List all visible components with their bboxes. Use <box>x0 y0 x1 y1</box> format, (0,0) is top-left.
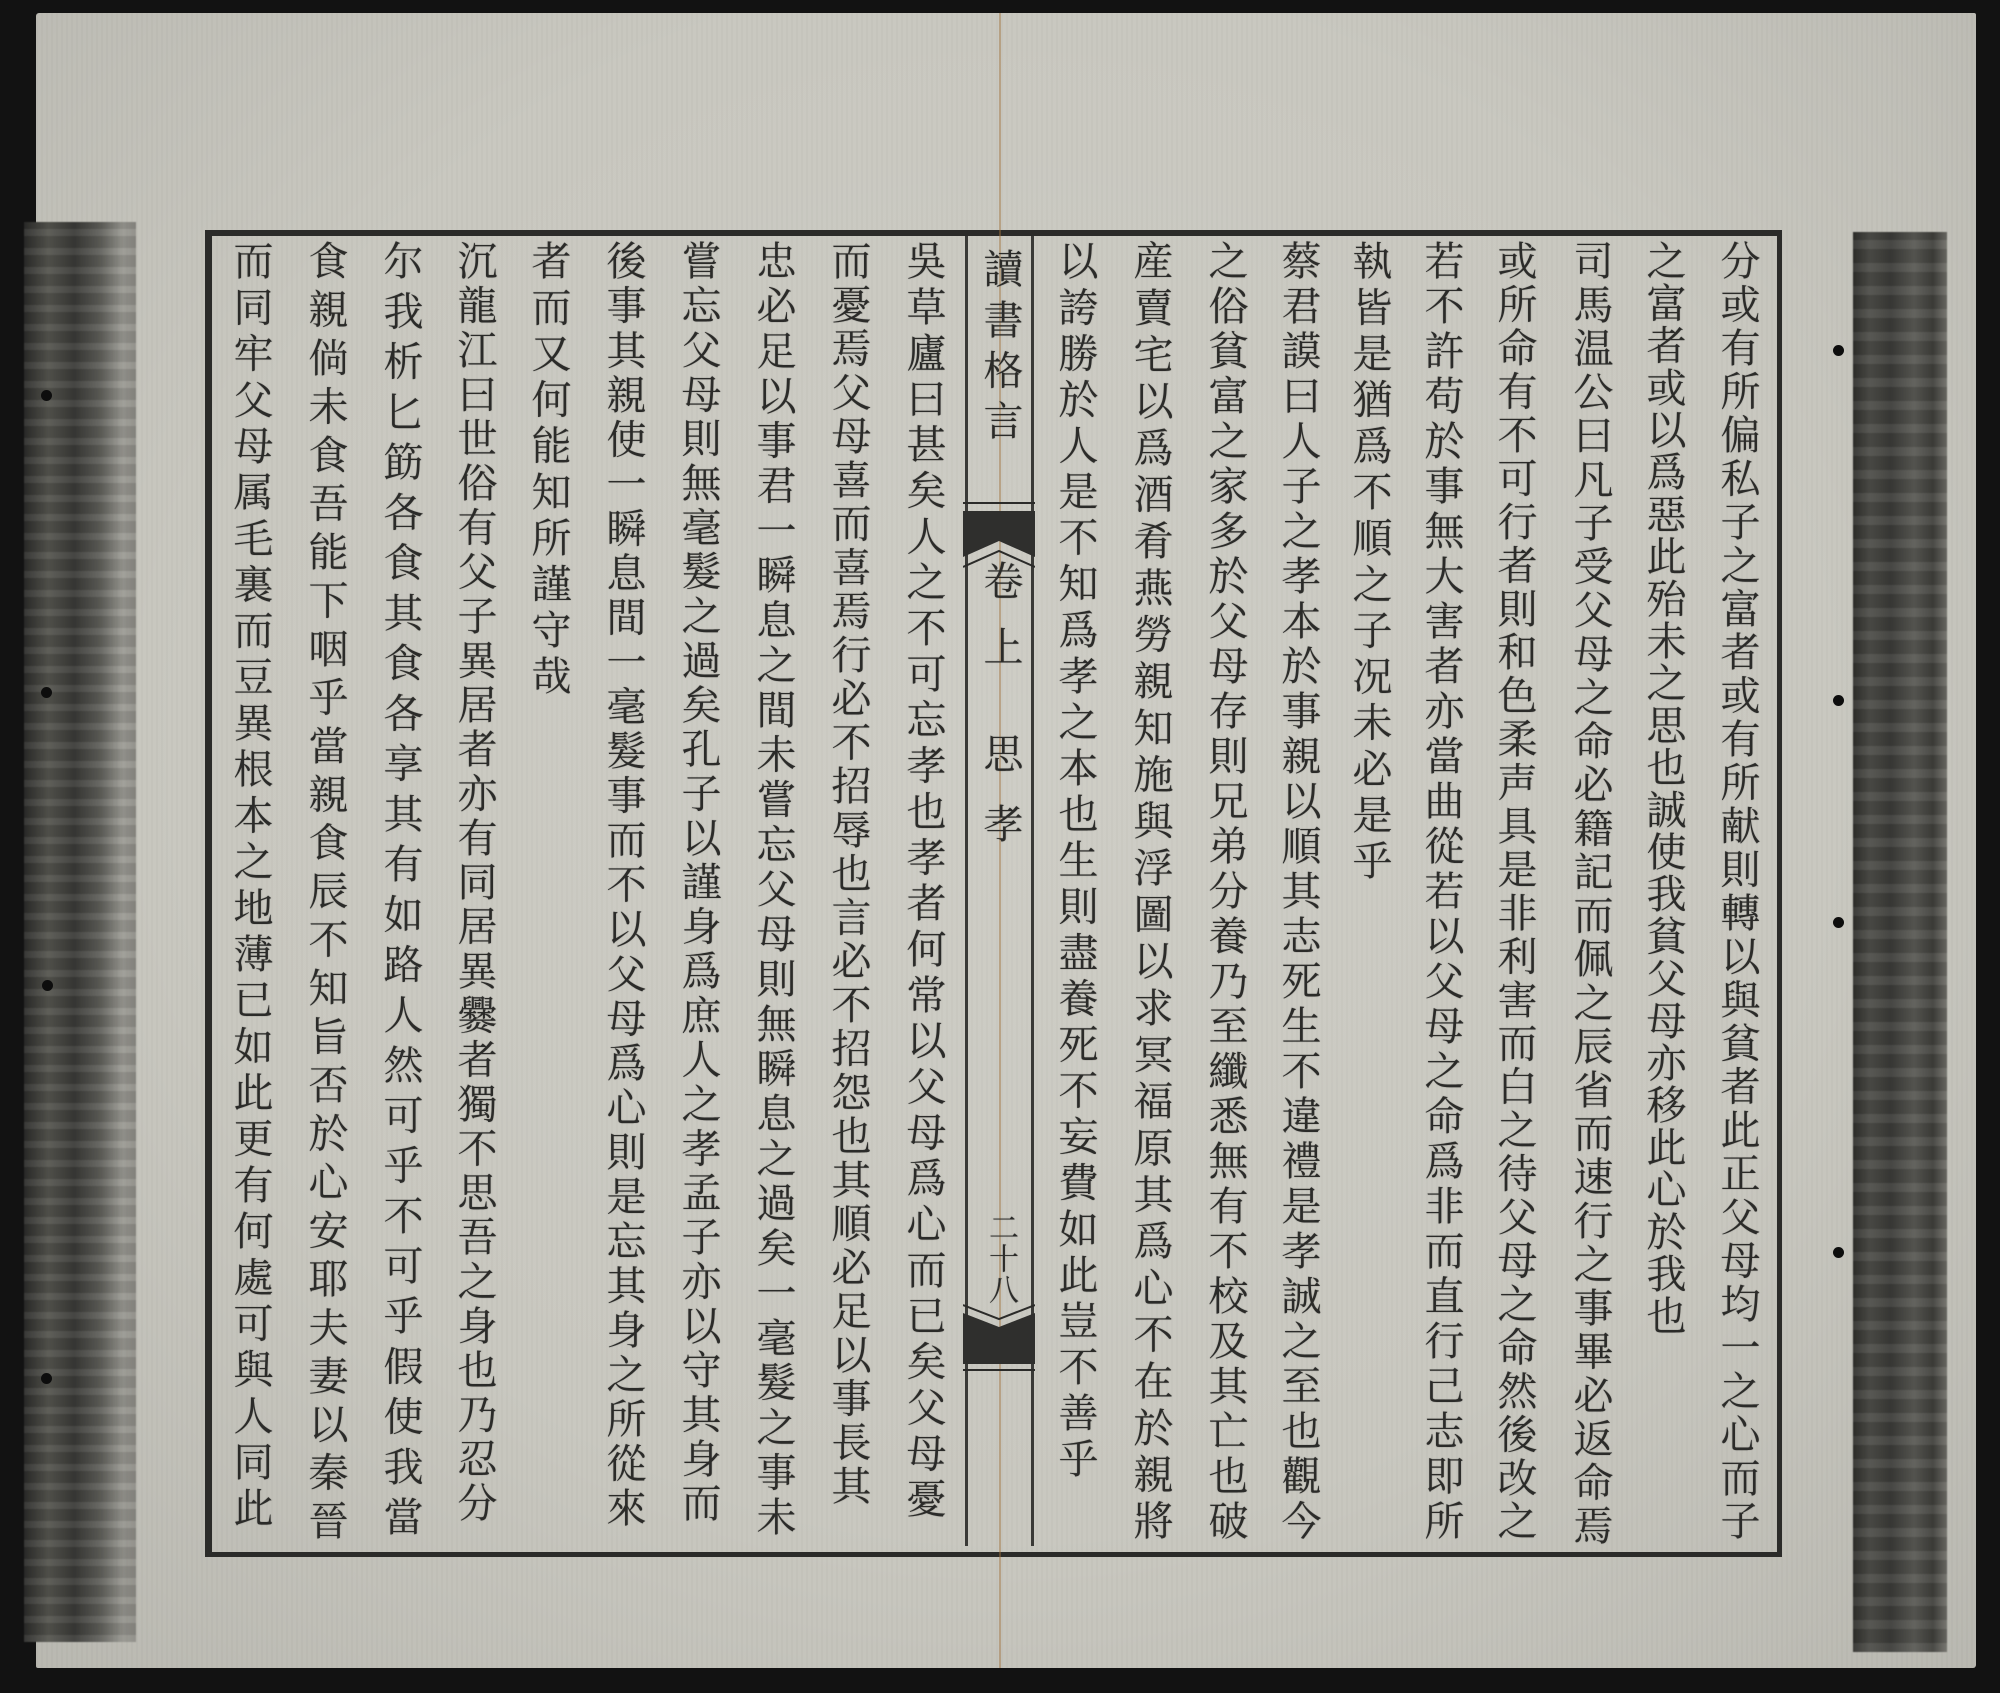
text-column: 而憂焉父母喜而喜焉行必不招辱也言必不招怨也其順必足以事長其 <box>818 240 878 1505</box>
right-ink-band <box>1853 232 1947 1652</box>
binding-hole <box>42 980 53 991</box>
text-column: 之富者或以爲惡此殆未之思也誠使我貧父母亦移此心於我也 <box>1633 240 1693 1335</box>
text-column: 吳草廬曰甚矣人之不可忘孝也孝者何常以父母爲心而已矣父母憂 <box>893 240 953 1518</box>
binding-hole <box>1833 695 1844 706</box>
binding-hole <box>41 1373 52 1384</box>
text-column: 執皆是猶爲不順之子况未必是乎 <box>1339 240 1399 880</box>
text-column: 食親倘未食吾能下咽乎當親食辰不知旨否於心安耶夫妻以秦晉 <box>295 240 355 1540</box>
text-column: 後事其親使一瞬息間一毫髮事而不以父母爲心則是忘其身之所從來 <box>593 240 653 1527</box>
text-column: 蔡君謨曰人子之孝本於事親以順其志死生不違禮是孝誠之至也觀今 <box>1268 240 1328 1540</box>
text-column: 分或有所偏私子之富者或有所献則轉以與貧者此正父母均一之心而子 <box>1707 240 1767 1540</box>
binding-hole <box>1833 1247 1844 1258</box>
left-ink-band <box>24 222 136 1642</box>
text-column: 以誇勝於人是不知爲孝之本也生則盡養死不妄費如此豈不善乎 <box>1045 240 1105 1478</box>
text-column: 産賣宅以爲酒肴燕勞親知施與浮圖以求冥福原其爲心不在於親將 <box>1120 240 1180 1540</box>
page-number: 二十八 <box>970 1212 1030 1304</box>
text-column: 沉龍江曰世俗有父子異居者亦有同居異爨者獨不思吾之身也乃忍分 <box>444 240 504 1522</box>
text-column: 而同牢父母属毛裏而豆異根本之地薄已如此更有何處可與人同此 <box>220 240 280 1527</box>
text-column: 之俗貧富之家多於父母存則兄弟分養乃至纖悉無有不校及其亡也破 <box>1195 240 1255 1540</box>
text-column: 若不許苟於事無大害者亦當曲從若以父母之命爲非而直行己志即所 <box>1411 240 1471 1540</box>
section-label: 思孝 <box>970 733 1030 843</box>
binding-hole <box>1833 345 1844 356</box>
book-title: 讀書格言 <box>970 248 1030 440</box>
text-column: 嘗忘父母則無毫髮之過矣孔子以謹身爲庶人之孝孟子亦以守其身而 <box>668 240 728 1522</box>
binding-hole <box>41 687 52 698</box>
lower-fishtail-icon <box>963 1300 1035 1375</box>
volume-label: 卷上 <box>970 560 1030 666</box>
text-column: 忠必足以事君一瞬息之間未嘗忘父母則無瞬息之過矣一毫髮之事未 <box>743 240 803 1536</box>
text-column: 者而又何能知所謹守哉 <box>518 240 578 695</box>
text-column: 司馬温公曰凡子受父母之命必籍記而佩之辰省而速行之事畢必返命焉 <box>1560 240 1620 1545</box>
binding-hole <box>41 390 52 401</box>
text-column: 或所命有不可行者則和色柔声具是非利害而白之待父母之命然後改之 <box>1484 240 1544 1540</box>
binding-hole <box>1833 917 1844 928</box>
text-column: 尔我析匕筯各食其食各享其有如路人然可乎不可乎假使我當 <box>370 240 430 1536</box>
